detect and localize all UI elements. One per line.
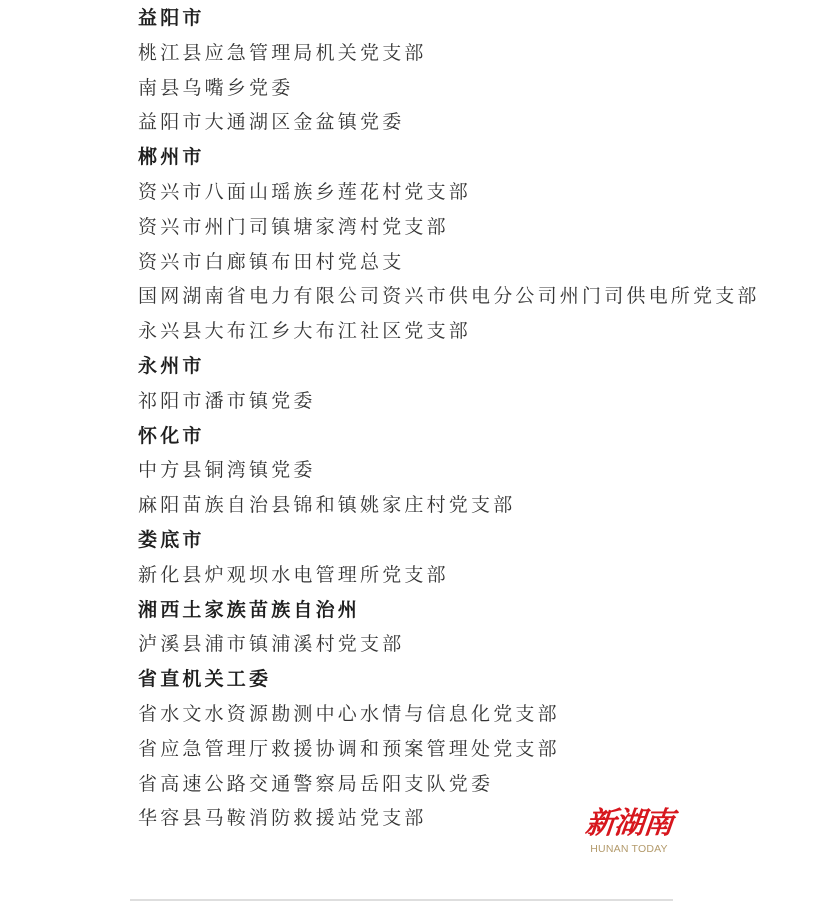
list-item: 泸溪县浦市镇浦溪村党支部 — [138, 630, 760, 665]
list-item: 省应急管理厅救援协调和预案管理处党支部 — [138, 735, 760, 770]
list-item: 祁阳市潘市镇党委 — [138, 387, 760, 422]
list-item: 桃江县应急管理局机关党支部 — [138, 39, 760, 74]
region-heading: 郴州市 — [138, 143, 760, 178]
region-heading: 湘西土家族苗族自治州 — [138, 596, 760, 631]
list-item: 资兴市八面山瑶族乡莲花村党支部 — [138, 178, 760, 213]
region-heading: 永州市 — [138, 352, 760, 387]
list-item: 益阳市大通湖区金盆镇党委 — [138, 108, 760, 143]
list-item: 中方县铜湾镇党委 — [138, 456, 760, 491]
region-heading: 省直机关工委 — [138, 665, 760, 700]
logo-chinese-name: 新湖南 — [582, 806, 676, 842]
list-item: 国网湖南省电力有限公司资兴市供电分公司州门司供电所党支部 — [138, 282, 760, 317]
list-item: 新化县炉观坝水电管理所党支部 — [138, 561, 760, 596]
hunan-today-logo: 新湖南 HUNAN TODAY — [584, 806, 674, 862]
list-item: 南县乌嘴乡党委 — [138, 74, 760, 109]
logo-english-name: HUNAN TODAY — [584, 842, 674, 856]
list-item: 永兴县大布江乡大布江社区党支部 — [138, 317, 760, 352]
list-item: 资兴市州门司镇塘家湾村党支部 — [138, 213, 760, 248]
region-heading: 益阳市 — [138, 4, 760, 39]
bottom-divider — [130, 899, 673, 901]
list-item: 省水文水资源勘测中心水情与信息化党支部 — [138, 700, 760, 735]
region-heading: 娄底市 — [138, 526, 760, 561]
list-item: 资兴市白廊镇布田村党总支 — [138, 248, 760, 283]
list-item: 省高速公路交通警察局岳阳支队党委 — [138, 770, 760, 805]
honoree-list: 益阳市 桃江县应急管理局机关党支部 南县乌嘴乡党委 益阳市大通湖区金盆镇党委 郴… — [138, 4, 760, 839]
region-heading: 怀化市 — [138, 422, 760, 457]
list-item: 麻阳苗族自治县锦和镇姚家庄村党支部 — [138, 491, 760, 526]
